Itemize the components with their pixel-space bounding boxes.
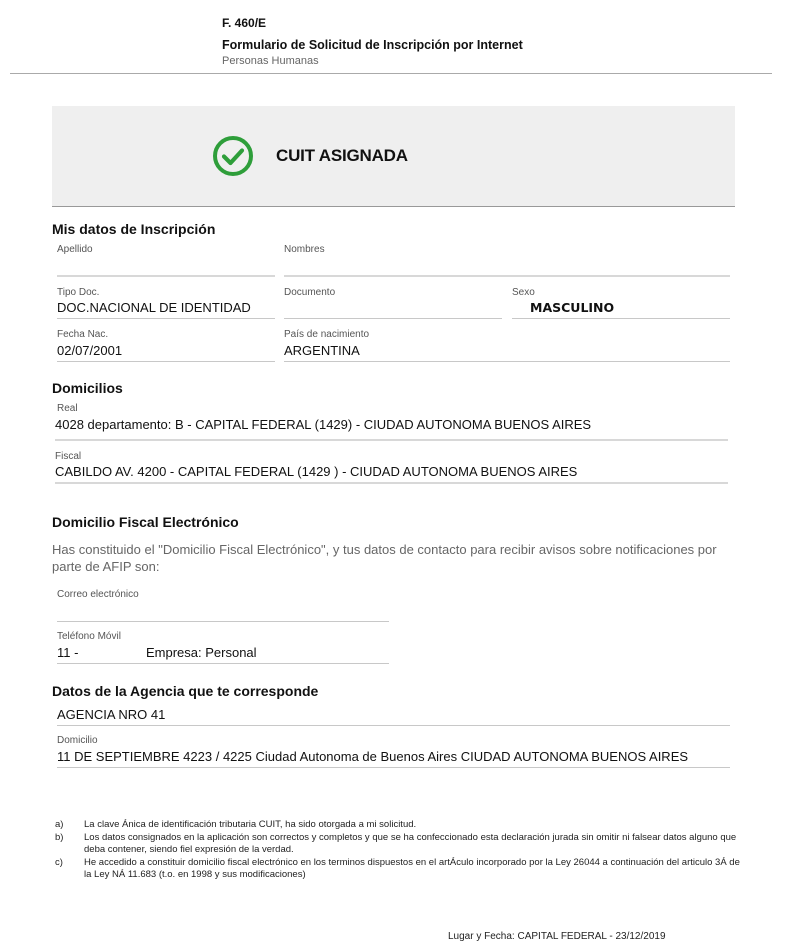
pais-nacimiento-value: ARGENTINA [284,343,360,358]
form-code: F. 460/E [222,16,266,30]
legal-item-tag: b) [55,832,63,845]
form-subtitle: Personas Humanas [222,55,319,67]
agencia-nombre: AGENCIA NRO 41 [57,707,165,722]
fecha-nac-label: Fecha Nac. [57,329,108,340]
legal-item-tag: a) [55,819,63,832]
agencia-nombre-underline [57,725,730,726]
pais-nacimiento-label: País de nacimiento [284,329,369,340]
domicilio-real-value: 4028 departamento: B - CAPITAL FEDERAL (… [55,417,591,432]
domicilio-real-underline [55,439,728,441]
sexo-label: Sexo [512,287,535,298]
legal-item-a: a) La clave Ánica de identificación trib… [55,819,745,832]
domicilio-fiscal-underline [55,482,728,484]
documento-underline [284,318,502,319]
documento-label: Documento [284,287,335,298]
telefono-label: Teléfono Móvil [57,631,121,642]
correo-label: Correo electrónico [57,589,139,600]
apellido-underline [57,275,275,277]
nombres-label: Nombres [284,244,325,255]
section-title-domicilios: Domicilios [52,380,123,396]
section-title-domicilio-electronico: Domicilio Fiscal Electrónico [52,514,239,530]
header-divider [10,73,772,74]
telefono-empresa: Empresa: Personal [146,645,257,660]
section-title-agencia: Datos de la Agencia que te corresponde [52,683,318,699]
fecha-nac-underline [57,361,275,362]
agencia-domicilio-underline [57,767,730,768]
status-banner: CUIT ASIGNADA [52,106,735,207]
legal-item-c: c) He accedido a constituir domicilio fi… [55,857,745,882]
legal-declarations: a) La clave Ánica de identificación trib… [55,819,745,882]
correo-underline [57,621,389,622]
fecha-nac-value: 02/07/2001 [57,343,122,358]
domicilio-fiscal-value: CABILDO AV. 4200 - CAPITAL FEDERAL (1429… [55,464,577,479]
agencia-domicilio-label: Domicilio [57,735,98,746]
sexo-underline [512,318,730,319]
domicilio-fiscal-label: Fiscal [55,451,81,462]
domicilio-electronico-description: Has constituido el "Domicilio Fiscal Ele… [52,541,742,575]
domicilio-real-label: Real [57,403,78,414]
form-title: Formulario de Solicitud de Inscripción p… [222,38,523,52]
telefono-underline [57,663,389,664]
check-circle-icon [212,135,254,177]
tipo-doc-underline [57,318,275,319]
telefono-value: 11 - [57,645,78,660]
legal-item-text: He accedido a constituir domicilio fisca… [84,857,745,882]
pais-nacimiento-underline [284,361,730,362]
lugar-fecha: Lugar y Fecha: CAPITAL FEDERAL - 23/12/2… [448,931,666,942]
agencia-domicilio-value: 11 DE SEPTIEMBRE 4223 / 4225 Ciudad Auto… [57,749,688,764]
legal-item-text: Los datos consignados en la aplicación s… [84,832,745,857]
status-text: CUIT ASIGNADA [276,146,408,166]
legal-item-text: La clave Ánica de identificación tributa… [84,819,745,832]
apellido-label: Apellido [57,244,93,255]
section-title-inscripcion: Mis datos de Inscripción [52,221,215,237]
legal-item-tag: c) [55,857,63,870]
legal-item-b: b) Los datos consignados en la aplicació… [55,832,745,857]
nombres-underline [284,275,730,277]
tipo-doc-value: DOC.NACIONAL DE IDENTIDAD [57,300,251,315]
sexo-value: MASCULINO [530,300,614,315]
tipo-doc-label: Tipo Doc. [57,287,99,298]
